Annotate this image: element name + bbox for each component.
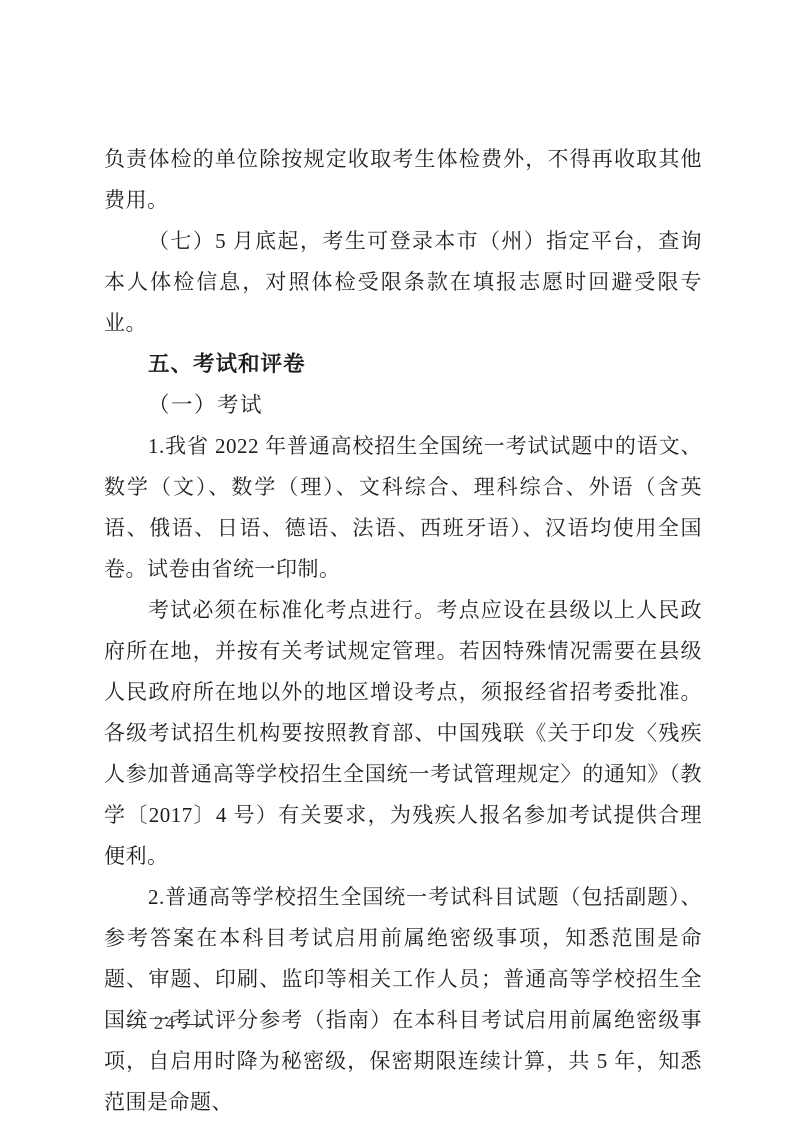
document-body: 负责体检的单位除按规定收取考生体检费外，不得再收取其他费用。 （七）5 月底起，… [104, 139, 702, 1123]
subsection-heading-exam: （一）考试 [104, 385, 702, 426]
paragraph-exam-subjects: 1.我省 2022 年普通高校招生全国统一考试试题中的语文、数学（文）、数学（理… [104, 426, 702, 590]
paragraph-exam-sites: 考试必须在标准化考点进行。考点应设在县级以上人民政府所在地，并按有关考试规定管理… [104, 590, 702, 877]
paragraph-item-7: （七）5 月底起，考生可登录本市（州）指定平台，查询本人体检信息，对照体检受限条… [104, 221, 702, 344]
document-page: 负责体检的单位除按规定收取考生体检费外，不得再收取其他费用。 （七）5 月底起，… [0, 0, 800, 1131]
paragraph-confidentiality: 2.普通高等学校招生全国统一考试科目试题（包括副题）、参考答案在本科目考试启用前… [104, 877, 702, 1123]
section-heading-exam-and-grading: 五、考试和评卷 [104, 344, 702, 385]
page-number: — 24 — [126, 1012, 205, 1036]
paragraph-continuation: 负责体检的单位除按规定收取考生体检费外，不得再收取其他费用。 [104, 139, 702, 221]
